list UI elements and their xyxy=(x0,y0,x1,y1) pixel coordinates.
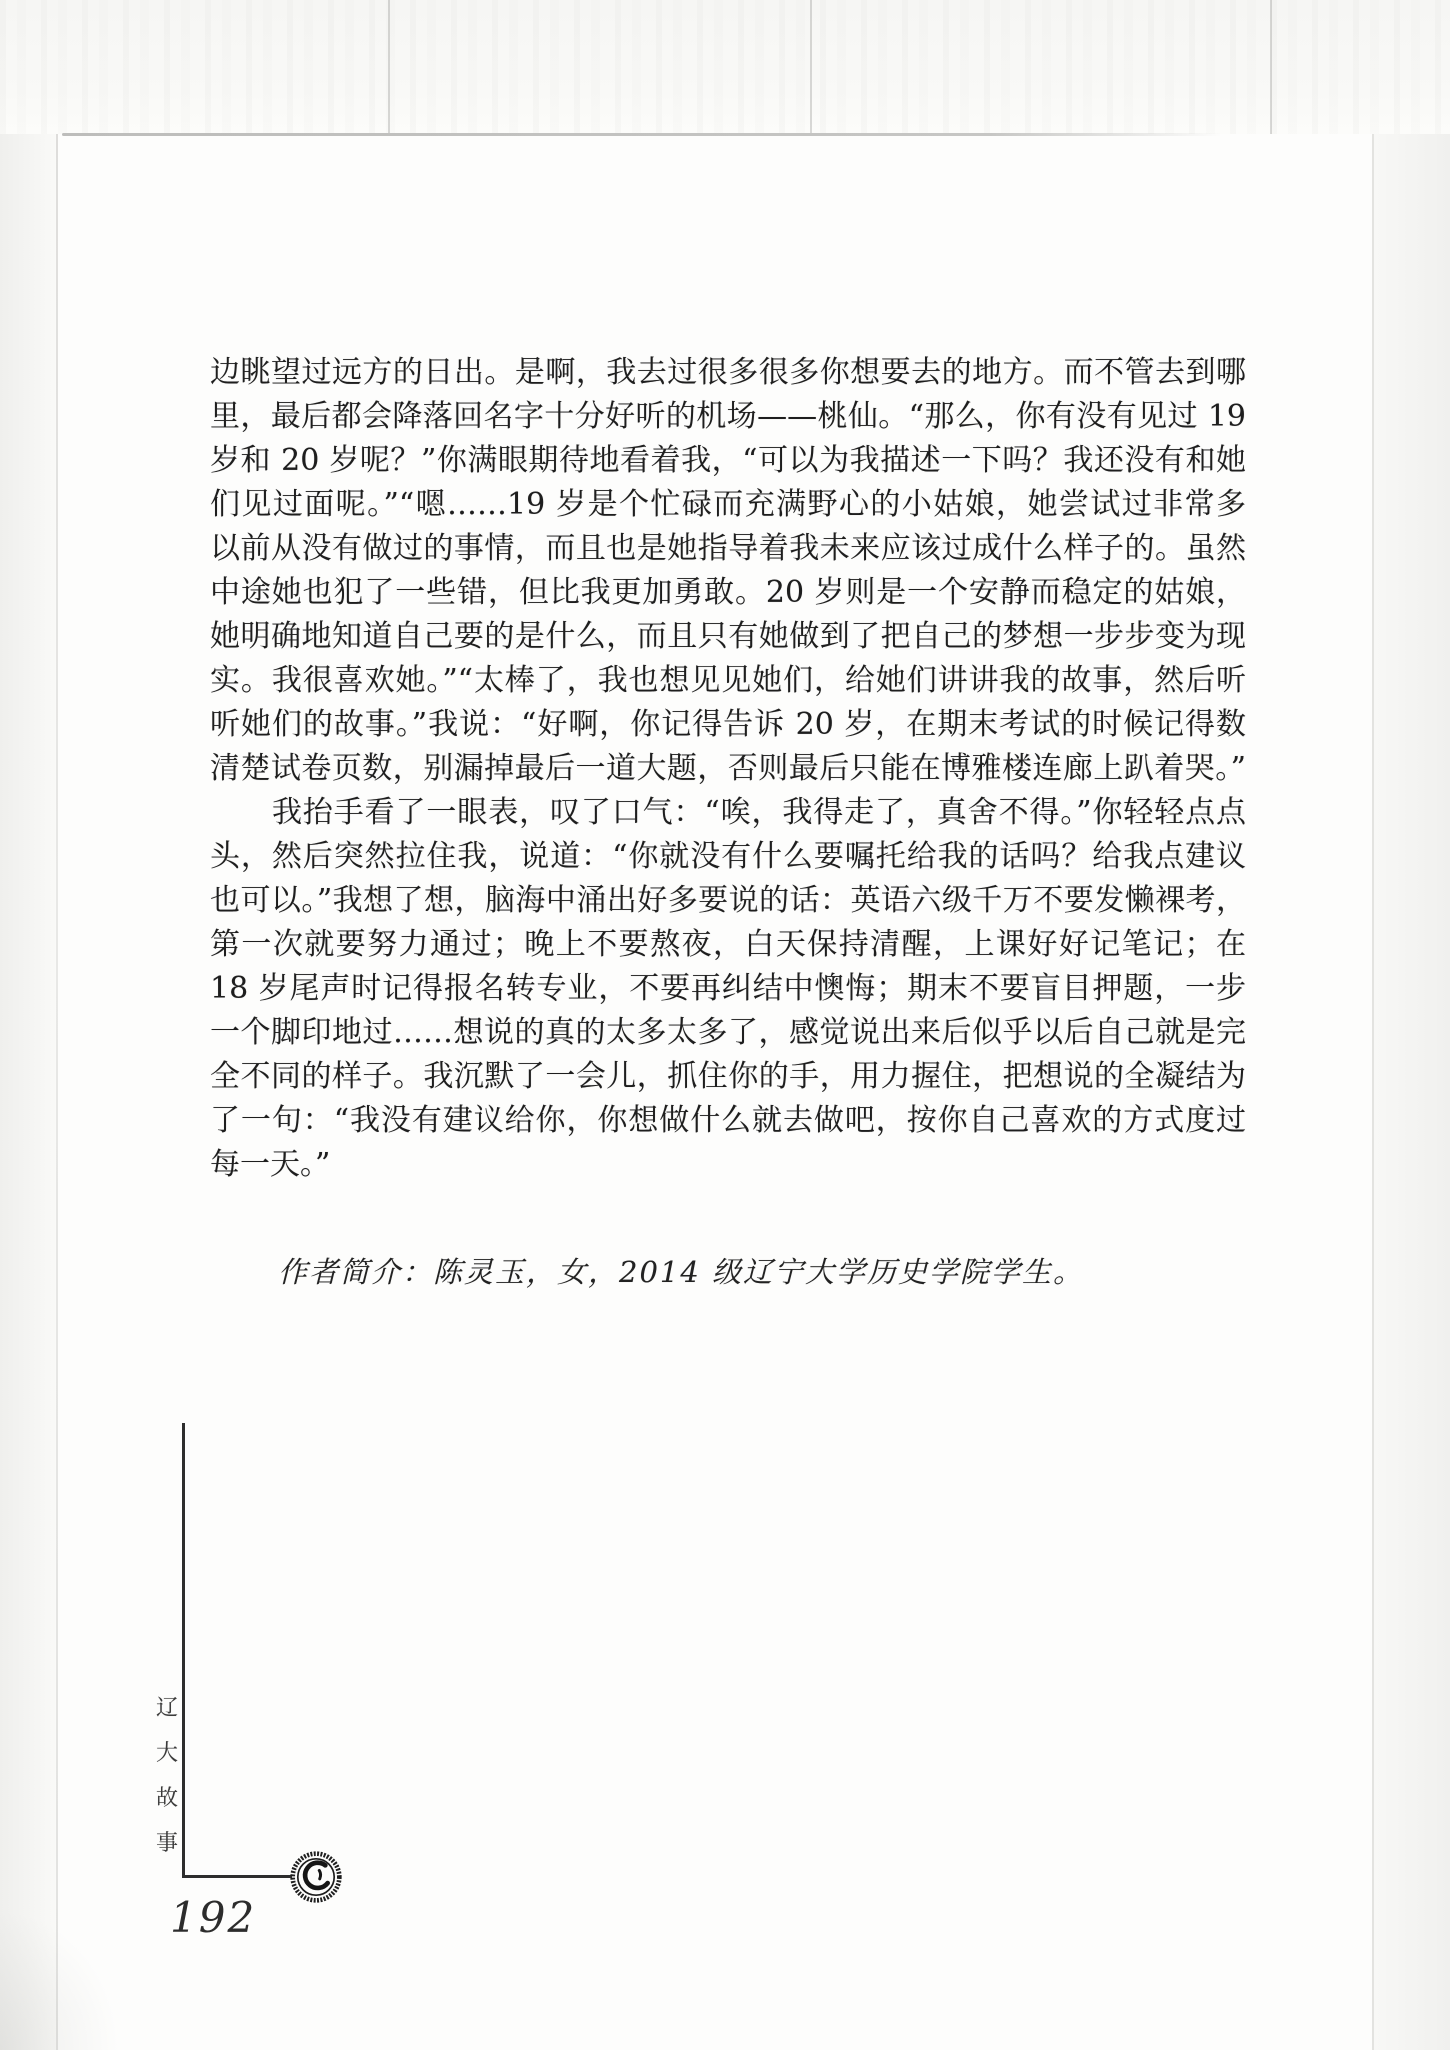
text-line: 了一句：“我没有建议给你，你想做什么就去做吧，按你自己喜欢的方式度过 xyxy=(210,1099,1246,1143)
story-body-text: 边眺望过远方的日出。是啊，我去过很多很多你想要去的地方。而不管去到哪里，最后都会… xyxy=(210,351,1246,1187)
university-seal-stamp-icon xyxy=(288,1849,344,1905)
author-note: 作者简介：陈灵玉，女，2014 级辽宁大学历史学院学生。 xyxy=(278,1250,1084,1291)
text-line: 以前从没有做过的事情，而且也是她指导着我未来应该过成什么样子的。虽然 xyxy=(210,527,1246,571)
text-line: 全不同的样子。我沉默了一会儿，抓住你的手，用力握住，把想说的全凝结为 xyxy=(210,1055,1246,1099)
text-line: 实。我很喜欢她。”“太棒了，我也想见见她们，给她们讲讲我的故事，然后听 xyxy=(210,659,1246,703)
text-line: 中途她也犯了一些错，但比我更加勇敢。20 岁则是一个安静而稳定的姑娘， xyxy=(210,571,1246,615)
text-line: 清楚试卷页数，别漏掉最后一道大题，否则最后只能在博雅楼连廊上趴着哭。” xyxy=(210,747,1246,791)
scan-smudge xyxy=(0,1910,120,2050)
text-line: 边眺望过远方的日出。是啊，我去过很多很多你想要去的地方。而不管去到哪 xyxy=(210,351,1246,395)
footer-horizontal-rule xyxy=(182,1875,292,1878)
text-line: 她明确地知道自己要的是什么，而且只有她做到了把自己的梦想一步步变为现 xyxy=(210,615,1246,659)
page-right-edge xyxy=(1372,134,1374,2050)
footer-vertical-rule xyxy=(182,1423,185,1878)
text-line: 我抬手看了一眼表，叹了口气：“唉，我得走了，真舍不得。”你轻轻点点 xyxy=(210,791,1246,835)
text-line: 们见过面呢。”“嗯……19 岁是个忙碌而充满野心的小姑娘，她尝试过非常多 xyxy=(210,483,1246,527)
text-line: 头，然后突然拉住我，说道：“你就没有什么要嘱托给我的话吗？给我点建议 xyxy=(210,835,1246,879)
scan-streak xyxy=(810,0,812,134)
text-line: 每一天。” xyxy=(210,1143,1246,1187)
left-scan-margin xyxy=(0,134,58,2050)
series-title-vertical: 辽大故事 xyxy=(152,1698,182,1855)
page-left-edge xyxy=(56,134,58,2050)
scanned-book-page: 边眺望过远方的日出。是啊，我去过很多很多你想要去的地方。而不管去到哪里，最后都会… xyxy=(0,0,1450,2050)
scan-streak xyxy=(388,0,390,134)
text-line: 也可以。”我想了想，脑海中涌出好多要说的话：英语六级千万不要发懒裸考， xyxy=(210,879,1246,923)
text-line: 里，最后都会降落回名字十分好听的机场——桃仙。“那么，你有没有见过 19 xyxy=(210,395,1246,439)
series-title-char: 故 xyxy=(156,1788,178,1810)
page-number: 192 xyxy=(170,1893,256,1942)
text-line: 第一次就要努力通过；晚上不要熬夜，白天保持清醒，上课好好记笔记；在 xyxy=(210,923,1246,967)
text-line: 岁和 20 岁呢？”你满眼期待地看着我，“可以为我描述一下吗？我还没有和她 xyxy=(210,439,1246,483)
text-line: 18 岁尾声时记得报名转专业，不要再纠结中懊悔；期末不要盲目押题，一步 xyxy=(210,967,1246,1011)
scan-streak xyxy=(1270,0,1272,134)
page-top-scan-edge xyxy=(0,0,1450,134)
series-title-char: 辽 xyxy=(156,1698,178,1720)
series-title-char: 事 xyxy=(156,1833,178,1855)
series-title-char: 大 xyxy=(156,1743,178,1765)
text-line: 一个脚印地过……想说的真的太多太多了，感觉说出来后似乎以后自己就是完 xyxy=(210,1011,1246,1055)
page-top-edge xyxy=(62,133,1222,136)
right-scan-margin xyxy=(1373,134,1450,2050)
text-line: 听她们的故事。”我说：“好啊，你记得告诉 20 岁，在期末考试的时候记得数 xyxy=(210,703,1246,747)
